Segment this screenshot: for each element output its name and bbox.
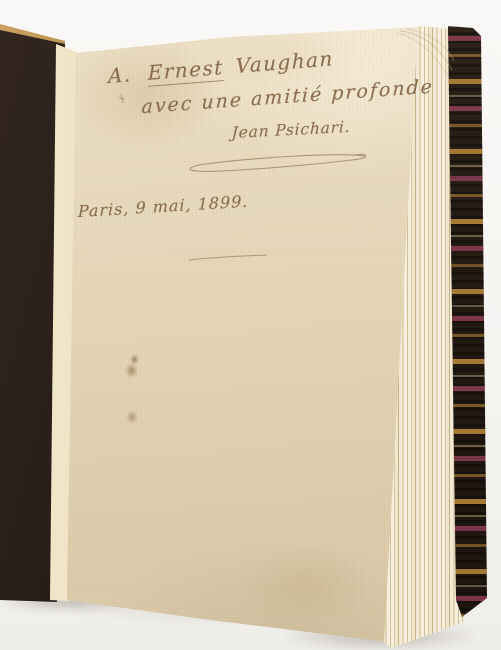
signature-flourish <box>190 154 366 171</box>
page-top-edge-line <box>396 33 449 78</box>
salutation: A. <box>108 62 132 88</box>
ink-speck <box>119 94 125 103</box>
date-underline-rule <box>189 255 267 260</box>
book-photograph: A.ErnestVaughan avec une amitié profonde… <box>0 0 501 650</box>
